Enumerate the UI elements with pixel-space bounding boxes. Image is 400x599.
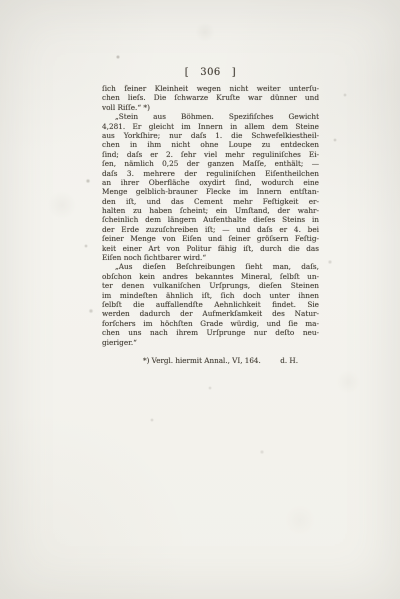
footnote: *) Vergl. hiermit Annal., VI, 164. d. H.	[143, 356, 298, 365]
text-line: den iſt, und das Cement mehr Feſtigkeit …	[102, 197, 319, 206]
text-line: obſchon kein andres bekanntes Mineral, ſ…	[102, 272, 319, 281]
header-bracket-left: [	[185, 67, 189, 78]
text-line: chen lieſs. Die ſchwarze Kruſte war dünn…	[102, 93, 319, 102]
text-line: ſich ſeiner Kleinheit wegen nicht weiter…	[102, 84, 319, 93]
text-line: chen in ihm nicht ohne Loupe zu entdecke…	[102, 140, 319, 149]
body-text-block: ſich ſeiner Kleinheit wegen nicht weiter…	[102, 84, 319, 347]
text-line: 4,281. Er gleicht im Innern in allem dem…	[102, 122, 319, 131]
text-line: an ihrer Oberfläche oxydirt ſind, wodurc…	[102, 178, 319, 187]
header-bracket-right: ]	[232, 67, 236, 78]
text-line: ſind; daſs er 2. ſehr viel mehr regulini…	[102, 150, 319, 159]
footnote-editor-mark: d. H.	[280, 356, 298, 365]
page-number: 306	[200, 67, 221, 78]
text-line: halten zu haben ſcheint; ein Umſtand, de…	[102, 206, 319, 215]
text-line: keit einer Art von Politur fähig iſt, du…	[102, 244, 319, 253]
text-line: im mindeſten ähnlich iſt, ſich doch unte…	[102, 291, 319, 300]
text-line: ſcheinlich dem längern Aufenthalte dieſe…	[102, 215, 319, 224]
scanned-book-page: [ 306 ] ſich ſeiner Kleinheit wegen nich…	[0, 0, 400, 599]
text-line: aus Yorkſhire; nur daſs 1. die Schwefelk…	[102, 131, 319, 140]
text-line: Menge gelblich-brauner Flecke im Innern …	[102, 187, 319, 196]
text-line: „Stein aus Böhmen. Spezifiſches Gewicht	[102, 112, 319, 121]
text-line: werden dadurch der Aufmerkſamkeit des Na…	[102, 309, 319, 318]
text-line: ter denen vulkaniſchen Urſprungs, dieſen…	[102, 281, 319, 290]
text-line: „Aus dieſen Beſchreibungen ſieht man, da…	[102, 262, 319, 271]
text-line: gieriger.“	[102, 338, 319, 347]
text-line: Eiſen noch ſichtbarer wird.“	[102, 253, 319, 262]
text-line: forſchers im höchſten Grade würdig, und …	[102, 319, 319, 328]
text-line: ſeiner Menge von Eiſen und ſeiner gröſse…	[102, 234, 319, 243]
text-line: der Erde zuzuſchreiben iſt; — und daſs e…	[102, 225, 319, 234]
text-line: chen uns nach ihrem Urſprunge nur deſto …	[102, 328, 319, 337]
text-line: ſen, nämlich 0,25 der ganzen Maſſe, enth…	[102, 159, 319, 168]
text-line: voll Riſſe.“ *)	[102, 103, 319, 112]
text-line: daſs 3. mehrere der reguliniſchen Eiſent…	[102, 169, 319, 178]
footnote-reference: *) Vergl. hiermit Annal., VI, 164.	[143, 356, 261, 365]
page-header: [ 306 ]	[102, 67, 319, 78]
text-line: ſelbſt die auffallendſte Aehnlichkeit fi…	[102, 300, 319, 309]
